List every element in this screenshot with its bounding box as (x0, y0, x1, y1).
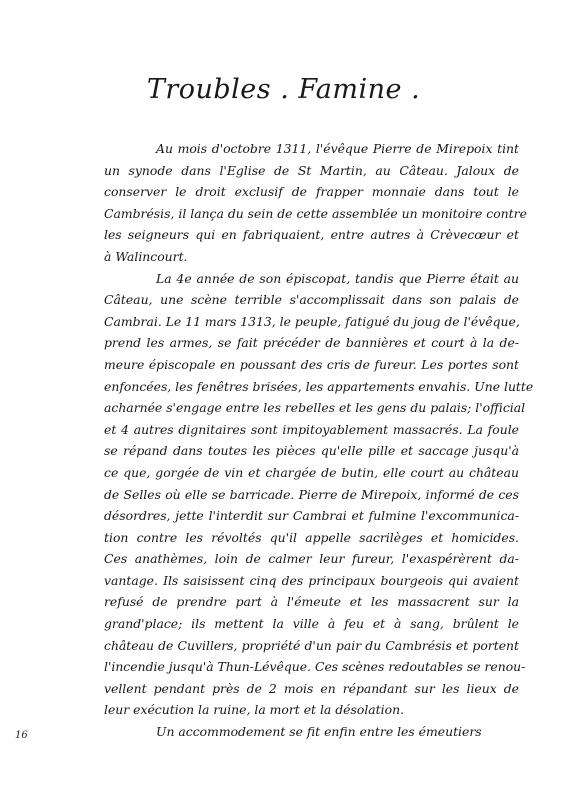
text-line: leur exécution la ruine, la mort et la d… (104, 699, 519, 721)
page-number: 16 (15, 730, 28, 741)
page-title: Troubles . Famine . (0, 74, 567, 105)
text-line: les seigneurs qui en fabriquaient, entre… (104, 224, 519, 246)
text-line: ce que, gorgée de vin et chargée de buti… (104, 462, 519, 484)
text-line: Au mois d'octobre 1311, l'évêque Pierre … (104, 138, 519, 160)
text-line: Cambrésis, il lança du sein de cette ass… (104, 203, 519, 225)
text-line: à Walincourt. (104, 246, 519, 268)
text-line: vellent pendant près de 2 mois en répand… (104, 678, 519, 700)
text-line: grand'place; ils mettent la ville à feu … (104, 613, 519, 635)
text-line: château de Cuvillers, propriété d'un pai… (104, 635, 519, 657)
text-line: prend les armes, se fait précéder de ban… (104, 332, 519, 354)
text-line: Ces anathèmes, loin de calmer leur fureu… (104, 548, 519, 570)
text-line: Câteau, une scène terrible s'accomplissa… (104, 289, 519, 311)
text-line: de Selles où elle se barricade. Pierre d… (104, 484, 519, 506)
text-line: La 4e année de son épiscopat, tandis que… (104, 268, 519, 290)
text-line: vantage. Ils saisissent cinq des princip… (104, 570, 519, 592)
text-line: l'incendie jusqu'à Thun-Lévêque. Ces scè… (104, 656, 519, 678)
text-line: désordres, jette l'interdit sur Cambrai … (104, 505, 519, 527)
text-line: Un accommodement se fit enfin entre les … (104, 721, 519, 743)
text-line: refusé de prendre part à l'émeute et les… (104, 591, 519, 613)
text-line: se répand dans toutes les pièces qu'elle… (104, 440, 519, 462)
text-line: et 4 autres dignitaires sont impitoyable… (104, 419, 519, 441)
text-line: enfoncées, les fenêtres brisées, les app… (104, 376, 519, 398)
text-line: Cambrai. Le 11 mars 1313, le peuple, fat… (104, 311, 519, 333)
manuscript-page: Troubles . Famine . Au mois d'octobre 13… (0, 0, 567, 800)
text-line: un synode dans l'Eglise de St Martin, au… (104, 160, 519, 182)
text-line: conserver le droit exclusif de frapper m… (104, 181, 519, 203)
handwritten-body: Au mois d'octobre 1311, l'évêque Pierre … (104, 138, 519, 743)
text-line: tion contre les révoltés qu'il appelle s… (104, 527, 519, 549)
text-line: meure épiscopale en poussant des cris de… (104, 354, 519, 376)
text-line: acharnée s'engage entre les rebelles et … (104, 397, 519, 419)
